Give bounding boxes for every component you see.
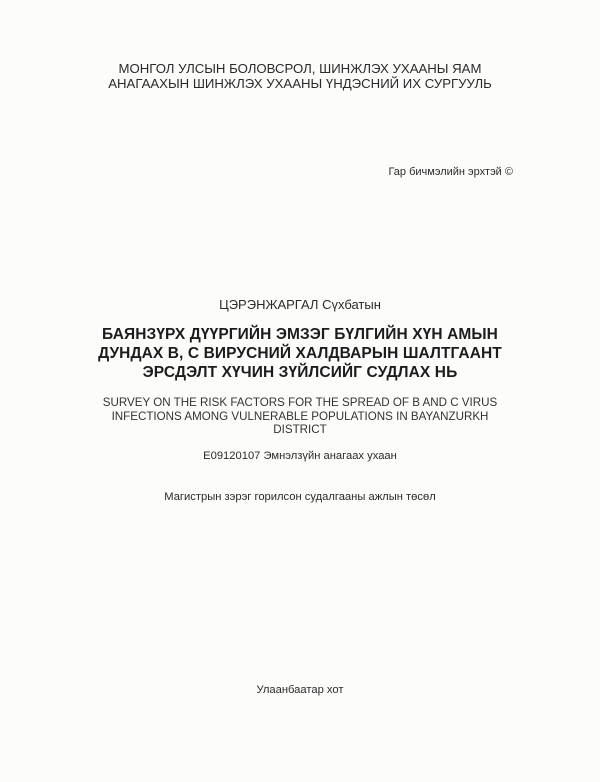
title-mn-line-1: БАЯНЗҮРХ ДҮҮРГИЙН ЭМЗЭГ БҮЛГИЙН ХҮН АМЫН — [0, 325, 600, 344]
degree-note: Магистрын зэрэг горилсон судалгааны ажлы… — [0, 490, 600, 504]
title-mn-line-2: ДУНДАХ В, С ВИРУСНИЙ ХАЛДВАРЫН ШАЛТГААНТ — [0, 344, 600, 363]
copyright-notice: Гар бичмэлийн эрхтэй © — [388, 165, 513, 179]
institution-header: МОНГОЛ УЛСЫН БОЛОВСРОЛ, ШИНЖЛЭХ УХААНЫ Я… — [0, 61, 600, 91]
thesis-title-english: SURVEY ON THE RISK FACTORS FOR THE SPREA… — [0, 396, 600, 437]
title-en-line-3: DISTRICT — [0, 423, 600, 437]
city-location: Улаанбаатар хот — [0, 683, 600, 697]
document-page: МОНГОЛ УЛСЫН БОЛОВСРОЛ, ШИНЖЛЭХ УХААНЫ Я… — [0, 0, 600, 782]
title-mn-line-3: ЭРСДЭЛТ ХҮЧИН ЗҮЙЛСИЙГ СУДЛАХ НЬ — [0, 363, 600, 382]
thesis-title-mongolian: БАЯНЗҮРХ ДҮҮРГИЙН ЭМЗЭГ БҮЛГИЙН ХҮН АМЫН… — [0, 325, 600, 382]
title-en-line-1: SURVEY ON THE RISK FACTORS FOR THE SPREA… — [0, 396, 600, 410]
title-en-line-2: INFECTIONS AMONG VULNERABLE POPULATIONS … — [0, 410, 600, 424]
institution-line-university: АНАГААХЫН ШИНЖЛЭХ УХААНЫ ҮНДЭСНИЙ ИХ СУР… — [0, 76, 600, 91]
specialty-code: E09120107 Эмнэлзүйн анагаах ухаан — [0, 449, 600, 463]
author-name: ЦЭРЭНЖАРГАЛ Сүхбатын — [0, 297, 600, 313]
institution-line-ministry: МОНГОЛ УЛСЫН БОЛОВСРОЛ, ШИНЖЛЭХ УХААНЫ Я… — [0, 61, 600, 76]
